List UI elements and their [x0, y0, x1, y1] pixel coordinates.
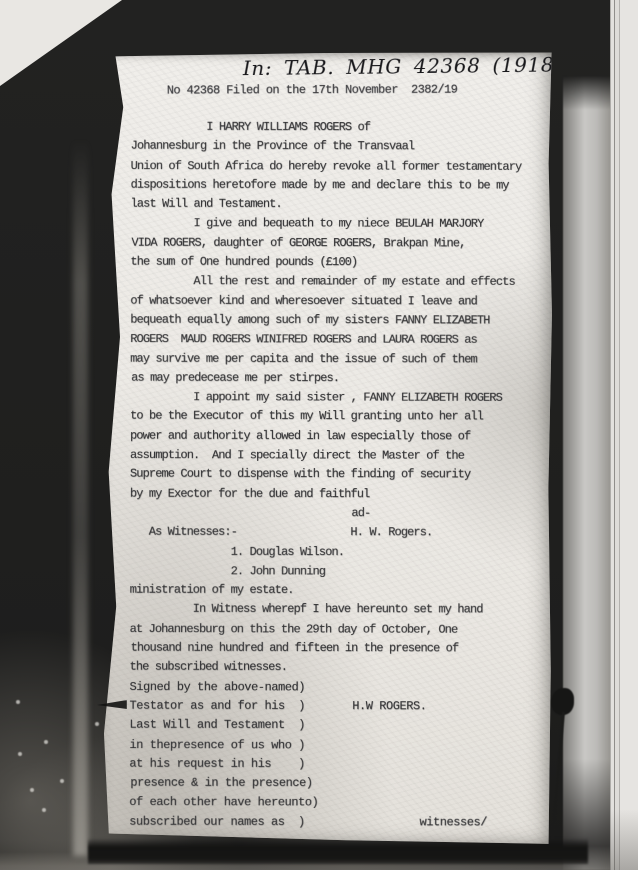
- typed-line: bequeath equally among such of my sister…: [130, 311, 550, 331]
- dust-speckle: [42, 808, 46, 812]
- typed-line: dispositions heretofore made by me and d…: [131, 175, 551, 195]
- scanner-streak: [73, 140, 88, 856]
- typed-line: last Will and Testament.: [130, 195, 550, 215]
- typed-line: presence & in the presence): [130, 774, 550, 794]
- typed-line: by my Exector for the due and faithful: [130, 484, 550, 504]
- typed-line: thousand nine hundred and fifteen in the…: [131, 639, 551, 659]
- typed-line: I give and bequeath to my niece BEULAH M…: [130, 214, 550, 234]
- typed-line: ad-: [131, 504, 551, 524]
- typed-line: Johannesburg in the Province of the Tran…: [131, 137, 551, 157]
- scan-edge-strip: [610, 0, 638, 870]
- typed-line: I HARRY WILLIAMS ROGERS of: [131, 118, 551, 138]
- typed-line: the sum of One hundred pounds (£100): [130, 253, 550, 273]
- typed-line: As Witnesses:- H. W. Rogers.: [130, 523, 550, 543]
- dust-speckle: [60, 779, 64, 783]
- binder-edge-strip: [563, 76, 611, 870]
- typed-line: All the rest and remainder of my estate …: [130, 272, 550, 292]
- typed-line: at Johannesburg on this the 29th day of …: [130, 620, 550, 640]
- typed-line: of whatsoever kind and wheresoever situa…: [130, 291, 550, 311]
- typed-line: 2. John Dunning: [130, 562, 550, 582]
- typed-line: I appoint my said sister , FANNY ELIZABE…: [130, 388, 550, 408]
- typed-line: the subscribed witnesses.: [130, 658, 550, 678]
- typed-line: as may predecease me per stirpes.: [131, 368, 551, 388]
- binder-knob: [551, 688, 574, 715]
- typed-line: Union of South Africa do hereby revoke a…: [131, 157, 551, 177]
- typed-line: ministration of my estate.: [130, 581, 550, 601]
- photocopy-background: In: TAB. MHG 42368 (1918) No 42368 Filed…: [0, 0, 638, 870]
- typed-line: In Witness wherepf I have hereunto set m…: [130, 600, 550, 620]
- will-text: I HARRY WILLIAMS ROGERS of Johannesburg …: [129, 118, 550, 833]
- typed-line: Last Will and Testament ): [129, 716, 549, 736]
- dust-speckle: [30, 788, 34, 792]
- typed-line: power and authority allowed in law espec…: [130, 426, 550, 446]
- typed-line: Signed by the above-named): [129, 678, 549, 698]
- corner-fold: [0, 0, 122, 86]
- typed-line: assumption. And I specially direct the M…: [130, 446, 550, 466]
- dust-speckle: [44, 740, 48, 744]
- dust-speckle: [16, 700, 20, 704]
- document-page: In: TAB. MHG 42368 (1918) No 42368 Filed…: [93, 52, 555, 846]
- typed-line: Testator as and for his ) H.W ROGERS.: [129, 696, 549, 716]
- typed-line: to be the Executor of this my Will grant…: [130, 407, 550, 427]
- typed-line: of each other have hereunto): [129, 793, 549, 813]
- handwritten-annotation: In: TAB. MHG 42368 (1918): [243, 52, 573, 80]
- typed-line: at his request in his ): [129, 754, 549, 774]
- typed-line: subscribed our names as ) witnesses/: [129, 812, 549, 832]
- typed-line: Supreme Court to dispense with the findi…: [130, 465, 550, 485]
- typed-line: may survive me per capita and the issue …: [130, 349, 550, 369]
- typed-line: in thepresence of us who ): [129, 735, 549, 755]
- typed-line: VIDA ROGERS, daughter of GEORGE ROGERS, …: [131, 233, 551, 253]
- dust-speckle: [18, 752, 22, 756]
- dust-speckle: [95, 722, 99, 726]
- typed-line: ROGERS MAUD ROGERS WINIFRED ROGERS and L…: [130, 330, 550, 350]
- typed-line: 1. Douglas Wilson.: [130, 542, 550, 562]
- filing-line: No 42368 Filed on the 17th November 2382…: [167, 83, 457, 98]
